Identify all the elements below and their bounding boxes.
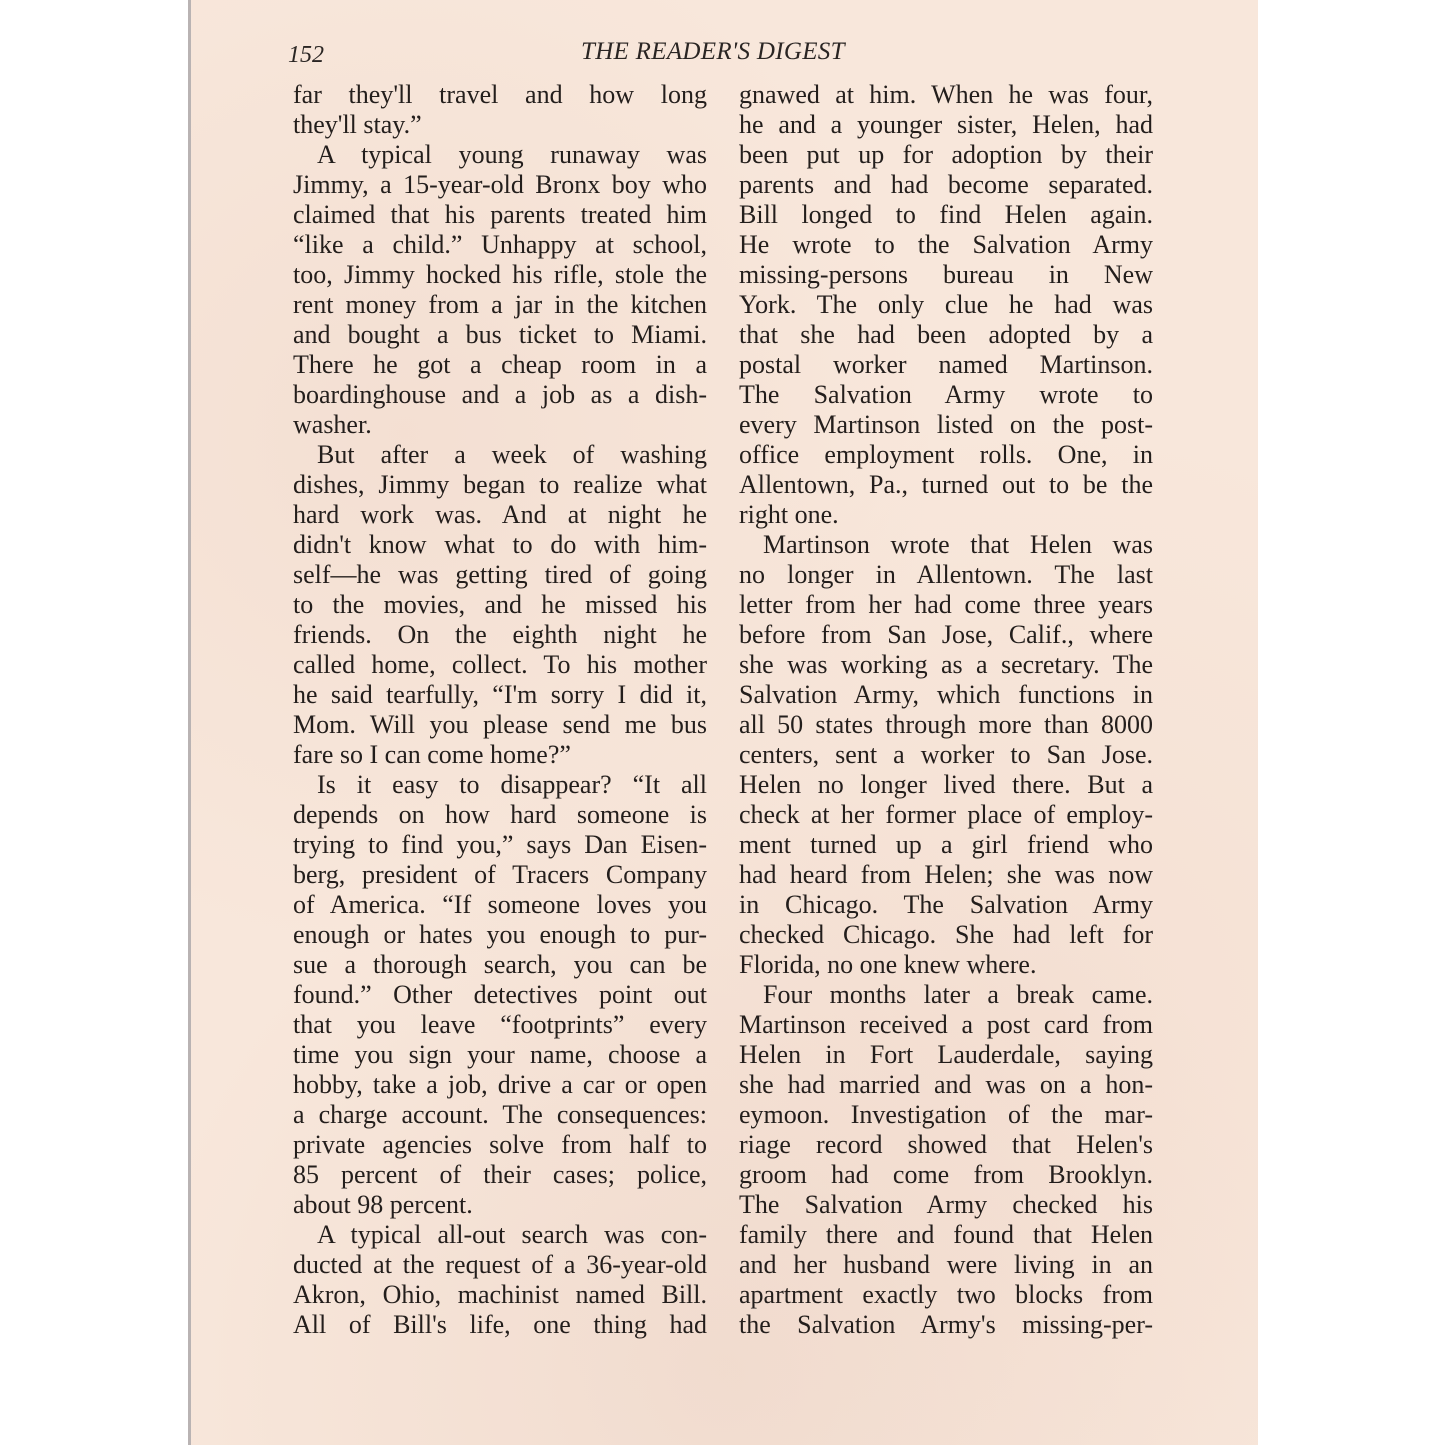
- running-title: THE READER'S DIGEST: [581, 38, 845, 66]
- text-line: office employment rolls. One, in: [739, 440, 1153, 470]
- text-line: to the movies, and he missed his: [293, 590, 707, 620]
- text-line: ment turned up a girl friend who: [739, 830, 1153, 860]
- text-line: hobby, take a job, drive a car or open: [293, 1070, 707, 1100]
- text-line: There he got a cheap room in a: [293, 350, 707, 380]
- text-line: The Salvation Army checked his: [739, 1190, 1153, 1220]
- text-line: too, Jimmy hocked his rifle, stole the: [293, 260, 707, 290]
- page-header: 152 THE READER'S DIGEST: [191, 38, 1258, 74]
- text-line: he and a younger sister, Helen, had: [739, 110, 1153, 140]
- text-line: that you leave “footprints” every: [293, 1010, 707, 1040]
- text-line: he said tearfully, “I'm sorry I did it,: [293, 680, 707, 710]
- text-line: parents and had become separated.: [739, 170, 1153, 200]
- text-line: right one.: [739, 500, 1153, 530]
- text-line: postal worker named Martinson.: [739, 350, 1153, 380]
- text-line: found.” Other detectives point out: [293, 980, 707, 1010]
- text-line: enough or hates you enough to pur-: [293, 920, 707, 950]
- text-line: a charge account. The consequences:: [293, 1100, 707, 1130]
- paragraph-start: Four months later a break came.: [739, 980, 1153, 1010]
- text-line: been put up for adoption by their: [739, 140, 1153, 170]
- text-line: friends. On the eighth night he: [293, 620, 707, 650]
- paragraph-start: A typical young runaway was: [293, 140, 707, 170]
- left-column: far they'll travel and how long they'll …: [293, 80, 707, 1340]
- text-line: no longer in Allentown. The last: [739, 560, 1153, 590]
- text-line: didn't know what to do with him-: [293, 530, 707, 560]
- text-line: all 50 states through more than 8000: [739, 710, 1153, 740]
- text-line: the Salvation Army's missing-per-: [739, 1310, 1153, 1340]
- text-line: checked Chicago. She had left for: [739, 920, 1153, 950]
- text-line: Allentown, Pa., turned out to be the: [739, 470, 1153, 500]
- page-number: 152: [288, 42, 324, 69]
- text-line: had heard from Helen; she was now: [739, 860, 1153, 890]
- magazine-page: 152 THE READER'S DIGEST far they'll trav…: [188, 0, 1258, 1445]
- paragraph-start: Is it easy to disappear? “It all: [293, 770, 707, 800]
- text-line: they'll stay.”: [293, 110, 707, 140]
- text-line: boardinghouse and a job as a dish-: [293, 380, 707, 410]
- paragraph-start: But after a week of washing: [293, 440, 707, 470]
- text-line: self—he was getting tired of going: [293, 560, 707, 590]
- text-line: check at her former place of employ-: [739, 800, 1153, 830]
- text-line: Helen in Fort Lauderdale, saying: [739, 1040, 1153, 1070]
- text-line: letter from her had come three years: [739, 590, 1153, 620]
- text-line: dishes, Jimmy began to realize what: [293, 470, 707, 500]
- text-line: centers, sent a worker to San Jose.: [739, 740, 1153, 770]
- text-line: All of Bill's life, one thing had: [293, 1310, 707, 1340]
- text-line: washer.: [293, 410, 707, 440]
- text-line: in Chicago. The Salvation Army: [739, 890, 1153, 920]
- text-line: depends on how hard someone is: [293, 800, 707, 830]
- text-line: eymoon. Investigation of the mar-: [739, 1100, 1153, 1130]
- text-line: and her husband were living in an: [739, 1250, 1153, 1280]
- text-line: time you sign your name, choose a: [293, 1040, 707, 1070]
- text-line: that she had been adopted by a: [739, 320, 1153, 350]
- text-line: and bought a bus ticket to Miami.: [293, 320, 707, 350]
- text-line: every Martinson listed on the post-: [739, 410, 1153, 440]
- text-line: Salvation Army, which functions in: [739, 680, 1153, 710]
- text-line: riage record showed that Helen's: [739, 1130, 1153, 1160]
- text-line: “like a child.” Unhappy at school,: [293, 230, 707, 260]
- text-line: berg, president of Tracers Company: [293, 860, 707, 890]
- text-line: 85 percent of their cases; police,: [293, 1160, 707, 1190]
- text-line: missing-persons bureau in New: [739, 260, 1153, 290]
- text-line: The Salvation Army wrote to: [739, 380, 1153, 410]
- text-line: she had married and was on a hon-: [739, 1070, 1153, 1100]
- text-line: sue a thorough search, you can be: [293, 950, 707, 980]
- right-column: gnawed at him. When he was four, he and …: [739, 80, 1153, 1340]
- text-line: Jimmy, a 15-year-old Bronx boy who: [293, 170, 707, 200]
- text-line: Bill longed to find Helen again.: [739, 200, 1153, 230]
- paragraph-start: Martinson wrote that Helen was: [739, 530, 1153, 560]
- text-line: of America. “If someone loves you: [293, 890, 707, 920]
- text-line: she was working as a secretary. The: [739, 650, 1153, 680]
- text-line: Akron, Ohio, machinist named Bill.: [293, 1280, 707, 1310]
- text-line: about 98 percent.: [293, 1190, 707, 1220]
- text-line: gnawed at him. When he was four,: [739, 80, 1153, 110]
- text-line: Martinson received a post card from: [739, 1010, 1153, 1040]
- text-line: rent money from a jar in the kitchen: [293, 290, 707, 320]
- text-line: trying to find you,” says Dan Eisen-: [293, 830, 707, 860]
- text-line: Helen no longer lived there. But a: [739, 770, 1153, 800]
- text-line: York. The only clue he had was: [739, 290, 1153, 320]
- text-line: fare so I can come home?”: [293, 740, 707, 770]
- text-line: hard work was. And at night he: [293, 500, 707, 530]
- text-line: called home, collect. To his mother: [293, 650, 707, 680]
- text-line: family there and found that Helen: [739, 1220, 1153, 1250]
- text-line: before from San Jose, Calif., where: [739, 620, 1153, 650]
- text-line: far they'll travel and how long: [293, 80, 707, 110]
- text-line: private agencies solve from half to: [293, 1130, 707, 1160]
- text-line: groom had come from Brooklyn.: [739, 1160, 1153, 1190]
- text-line: claimed that his parents treated him: [293, 200, 707, 230]
- text-line: Florida, no one knew where.: [739, 950, 1153, 980]
- text-line: apartment exactly two blocks from: [739, 1280, 1153, 1310]
- text-line: Mom. Will you please send me bus: [293, 710, 707, 740]
- text-line: ducted at the request of a 36-year-old: [293, 1250, 707, 1280]
- paragraph-start: A typical all-out search was con-: [293, 1220, 707, 1250]
- text-line: He wrote to the Salvation Army: [739, 230, 1153, 260]
